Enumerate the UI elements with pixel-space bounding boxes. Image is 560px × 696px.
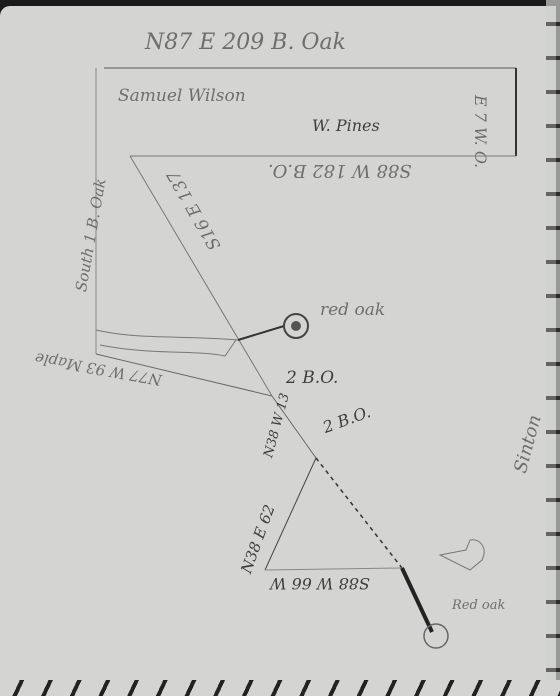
corner-2bo-upper-label: 2 B.O.	[286, 368, 338, 388]
diagonal-line	[130, 156, 272, 396]
top-call-label: N87 E 209 B. Oak	[145, 30, 346, 55]
owner-sub-label: W. Pines	[312, 116, 380, 135]
creek-line	[96, 330, 238, 340]
red-oak-upper-label: red oak	[320, 300, 385, 320]
upper-bearing-label: S88 W 182 B.O.	[268, 160, 412, 181]
red-oak-lower-line	[402, 568, 432, 632]
red-oak-lower-label: Red oak	[452, 598, 505, 613]
owner-label: Samuel Wilson	[118, 86, 246, 106]
triangle-dotted-line	[316, 458, 402, 568]
triangle-base-line	[265, 568, 402, 570]
bottom-bearing-label: S88 W 66 W	[270, 574, 370, 593]
binding-stitching	[0, 680, 560, 696]
right-call-label: E 7 W. O.	[471, 95, 490, 168]
red-oak-lower-tree-icon	[424, 624, 448, 648]
urn-sketch-icon	[440, 540, 484, 570]
